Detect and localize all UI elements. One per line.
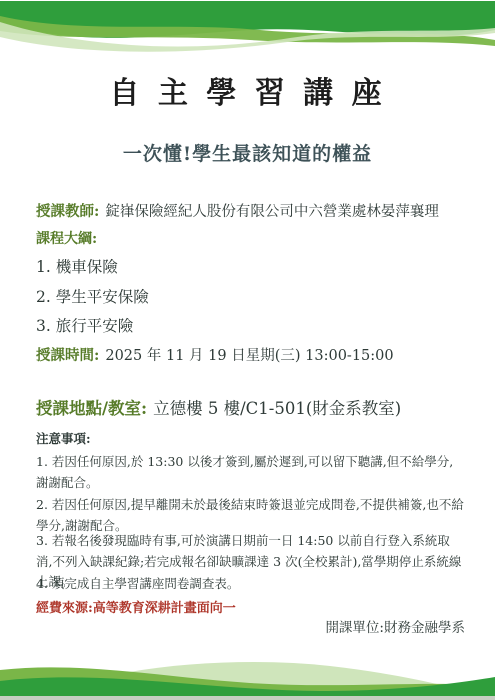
location-row: 授課地點/教室:立德樓 5 樓/C1-501(財金系教室) xyxy=(36,395,465,419)
outline-list: 1. 機車保險 2. 學生平安保險 3. 旅行平安險 xyxy=(36,253,465,342)
outline-item: 2. 學生平安保險 xyxy=(36,283,465,313)
teacher-row: 授課教師:錠嵂保險經紀人股份有限公司中六營業處林晏萍襄理 xyxy=(36,200,465,221)
flyer-page: 自 主 學 習 講 座 一次懂!學生最該知道的權益 授課教師:錠嵂保險經紀人股份… xyxy=(0,0,495,700)
teacher-label: 授課教師: xyxy=(36,203,99,220)
outline-heading: 課程大綱: xyxy=(36,228,465,248)
location-value: 立德樓 5 樓/C1-501(財金系教室) xyxy=(153,399,401,418)
outline-item: 3. 旅行平安險 xyxy=(36,312,465,342)
footer-wave-decoration xyxy=(0,648,495,700)
location-label: 授課地點/教室: xyxy=(36,399,147,418)
time-value: 2025 年 11 月 19 日星期(三) 13:00-15:00 xyxy=(105,348,393,364)
time-row: 授課時間:2025 年 11 月 19 日星期(三) 13:00-15:00 xyxy=(36,344,465,365)
page-subtitle: 一次懂!學生最該知道的權益 xyxy=(0,139,495,166)
note-item: 2. 若因任何原因,提早離開未於最後結束時簽退並完成問卷,不提供補簽,也不給學分… xyxy=(36,495,464,536)
outline-item: 1. 機車保險 xyxy=(36,253,465,283)
funding-source: 經費來源:高等教育深耕計畫面向一 xyxy=(36,597,465,616)
header-wave-decoration xyxy=(0,0,495,57)
organizer: 開課單位:財務金融學系 xyxy=(36,616,465,636)
note-item: 1. 若因任何原因,於 13:30 以後才簽到,屬於遲到,可以留下聽講,但不給學… xyxy=(36,452,464,493)
time-label: 授課時間: xyxy=(36,347,99,364)
note-item: 4. 須完成自主學習講座問卷調查表。 xyxy=(36,574,464,595)
teacher-value: 錠嵂保險經紀人股份有限公司中六營業處林晏萍襄理 xyxy=(105,204,439,220)
notes-heading: 注意事項: xyxy=(36,429,465,447)
page-title: 自 主 學 習 講 座 xyxy=(0,68,495,112)
